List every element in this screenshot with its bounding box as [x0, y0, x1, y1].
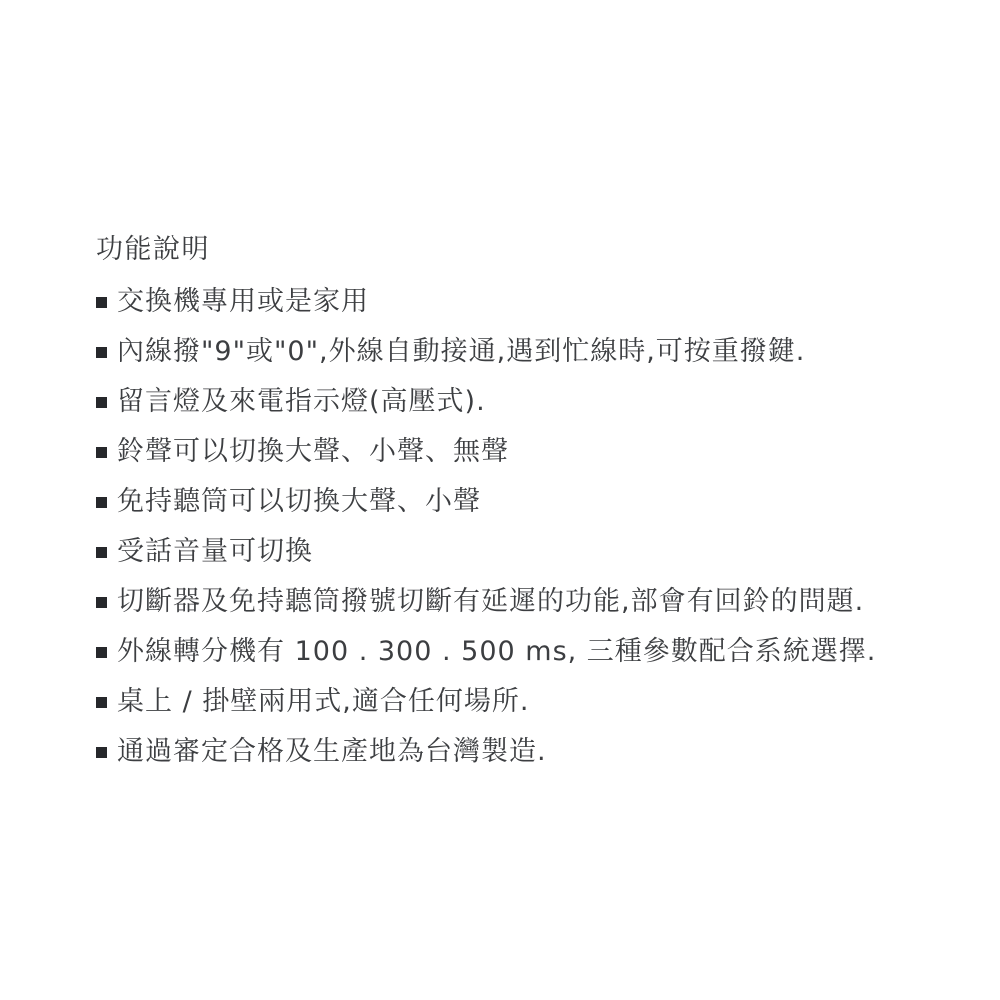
feature-list-item: 通過審定合格及生產地為台灣製造. [96, 736, 936, 768]
feature-list-item: 免持聽筒可以切換大聲、小聲 [96, 486, 936, 518]
feature-list-item: 外線轉分機有 100 . 300 . 500 ms, 三種參數配合系統選擇. [96, 636, 936, 668]
feature-text: 切斷器及免持聽筒撥號切斷有延遲的功能,部會有回鈴的問題. [117, 586, 864, 618]
feature-list-item: 留言燈及來電指示燈(高壓式). [96, 386, 936, 418]
feature-list: 交換機專用或是家用 內線撥"9"或"0",外線自動接通,遇到忙線時,可按重撥鍵.… [96, 286, 936, 768]
feature-list-item: 鈴聲可以切換大聲、小聲、無聲 [96, 436, 936, 468]
square-bullet-icon [96, 497, 107, 508]
square-bullet-icon [96, 297, 107, 308]
feature-list-item: 內線撥"9"或"0",外線自動接通,遇到忙線時,可按重撥鍵. [96, 336, 936, 368]
feature-text: 免持聽筒可以切換大聲、小聲 [117, 486, 481, 518]
feature-text: 受話音量可切換 [117, 536, 313, 568]
feature-text: 桌上 / 掛壁兩用式,適合任何場所. [117, 686, 529, 718]
feature-text: 交換機專用或是家用 [117, 286, 369, 318]
square-bullet-icon [96, 597, 107, 608]
feature-text: 通過審定合格及生產地為台灣製造. [117, 736, 547, 768]
feature-list-item: 交換機專用或是家用 [96, 286, 936, 318]
feature-text: 內線撥"9"或"0",外線自動接通,遇到忙線時,可按重撥鍵. [117, 336, 805, 368]
feature-list-item: 受話音量可切換 [96, 536, 936, 568]
feature-text: 外線轉分機有 100 . 300 . 500 ms, 三種參數配合系統選擇. [117, 636, 876, 668]
feature-text: 鈴聲可以切換大聲、小聲、無聲 [117, 436, 509, 468]
square-bullet-icon [96, 347, 107, 358]
square-bullet-icon [96, 647, 107, 658]
section-title: 功能說明 [96, 234, 936, 266]
square-bullet-icon [96, 447, 107, 458]
square-bullet-icon [96, 397, 107, 408]
feature-text: 留言燈及來電指示燈(高壓式). [117, 386, 486, 418]
square-bullet-icon [96, 747, 107, 758]
feature-list-item: 桌上 / 掛壁兩用式,適合任何場所. [96, 686, 936, 718]
square-bullet-icon [96, 697, 107, 708]
feature-list-item: 切斷器及免持聽筒撥號切斷有延遲的功能,部會有回鈴的問題. [96, 586, 936, 618]
square-bullet-icon [96, 547, 107, 558]
feature-description-section: 功能說明 交換機專用或是家用 內線撥"9"或"0",外線自動接通,遇到忙線時,可… [96, 234, 936, 786]
